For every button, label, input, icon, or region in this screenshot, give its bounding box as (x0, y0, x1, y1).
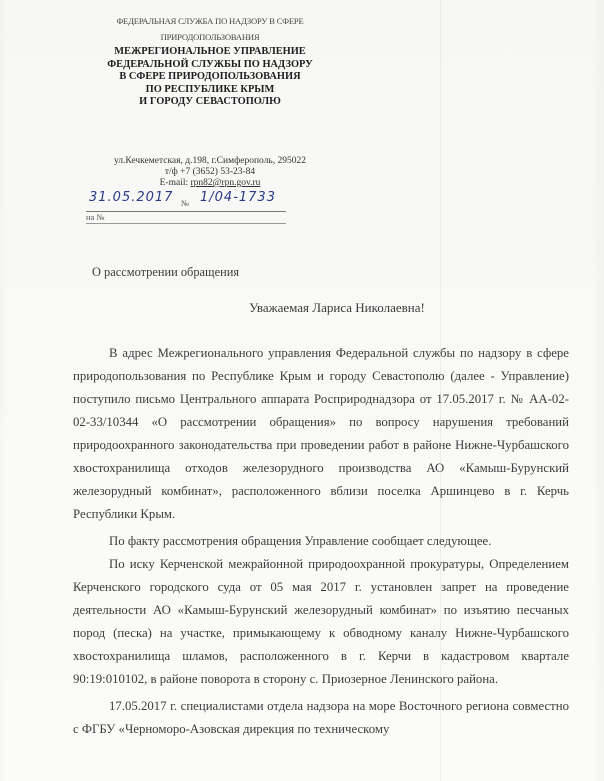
body-paragraph: По факту рассмотрения обращения Управлен… (73, 530, 569, 553)
registration-line: 31.05.2017 № 1/04-1733 (86, 193, 286, 212)
letter-body: В адрес Межрегионального управления Феде… (73, 342, 569, 741)
reference-line: на № (86, 212, 286, 224)
department-line: МЕЖРЕГИОНАЛЬНОЕ УПРАВЛЕНИЕ (60, 46, 360, 59)
department-line: В СФЕРЕ ПРИРОДОПОЛЬЗОВАНИЯ (60, 71, 360, 84)
department-line: ФЕДЕРАЛЬНОЙ СЛУЖБЫ ПО НАДЗОРУ (60, 59, 360, 72)
email-link[interactable]: rpn82@rpn.gov.ru (191, 178, 261, 188)
email-label: E-mail: (160, 178, 191, 188)
postal-address: ул.Кечкеметская, д.198, г.Симферополь, 2… (60, 156, 360, 167)
agency-name-line-2: ПРИРОДОПОЛЬЗОВАНИЯ (60, 29, 360, 45)
department-line: ПО РЕСПУБЛИКЕ КРЫМ (60, 84, 360, 97)
department-name: МЕЖРЕГИОНАЛЬНОЕ УПРАВЛЕНИЕ ФЕДЕРАЛЬНОЙ С… (60, 46, 360, 109)
number-label: № (181, 198, 189, 208)
body-paragraph: По иску Керченской межрайонной природоох… (73, 553, 569, 691)
body-paragraph: В адрес Межрегионального управления Феде… (73, 342, 569, 526)
letter-subject: О рассмотрении обращения (92, 265, 239, 280)
body-paragraph: 17.05.2017 г. специалистами отдела надзо… (73, 695, 569, 741)
handwritten-date: 31.05.2017 (89, 190, 173, 205)
reference-label: на № (86, 212, 105, 222)
department-line: И ГОРОДУ СЕВАСТОПОЛЮ (60, 96, 360, 109)
handwritten-outgoing-number: 1/04-1733 (200, 190, 276, 205)
email-line: E-mail: rpn82@rpn.gov.ru (60, 178, 360, 189)
agency-name: ФЕДЕРАЛЬНАЯ СЛУЖБА ПО НАДЗОРУ В СФЕРЕ ПР… (60, 13, 360, 45)
contact-block: ул.Кечкеметская, д.198, г.Симферополь, 2… (60, 156, 360, 189)
agency-name-line-1: ФЕДЕРАЛЬНАЯ СЛУЖБА ПО НАДЗОРУ В СФЕРЕ (60, 13, 360, 29)
phone-fax: т/ф +7 (3652) 53-23-84 (60, 167, 360, 178)
salutation: Уважаемая Лариса Николаевна! (0, 300, 604, 316)
